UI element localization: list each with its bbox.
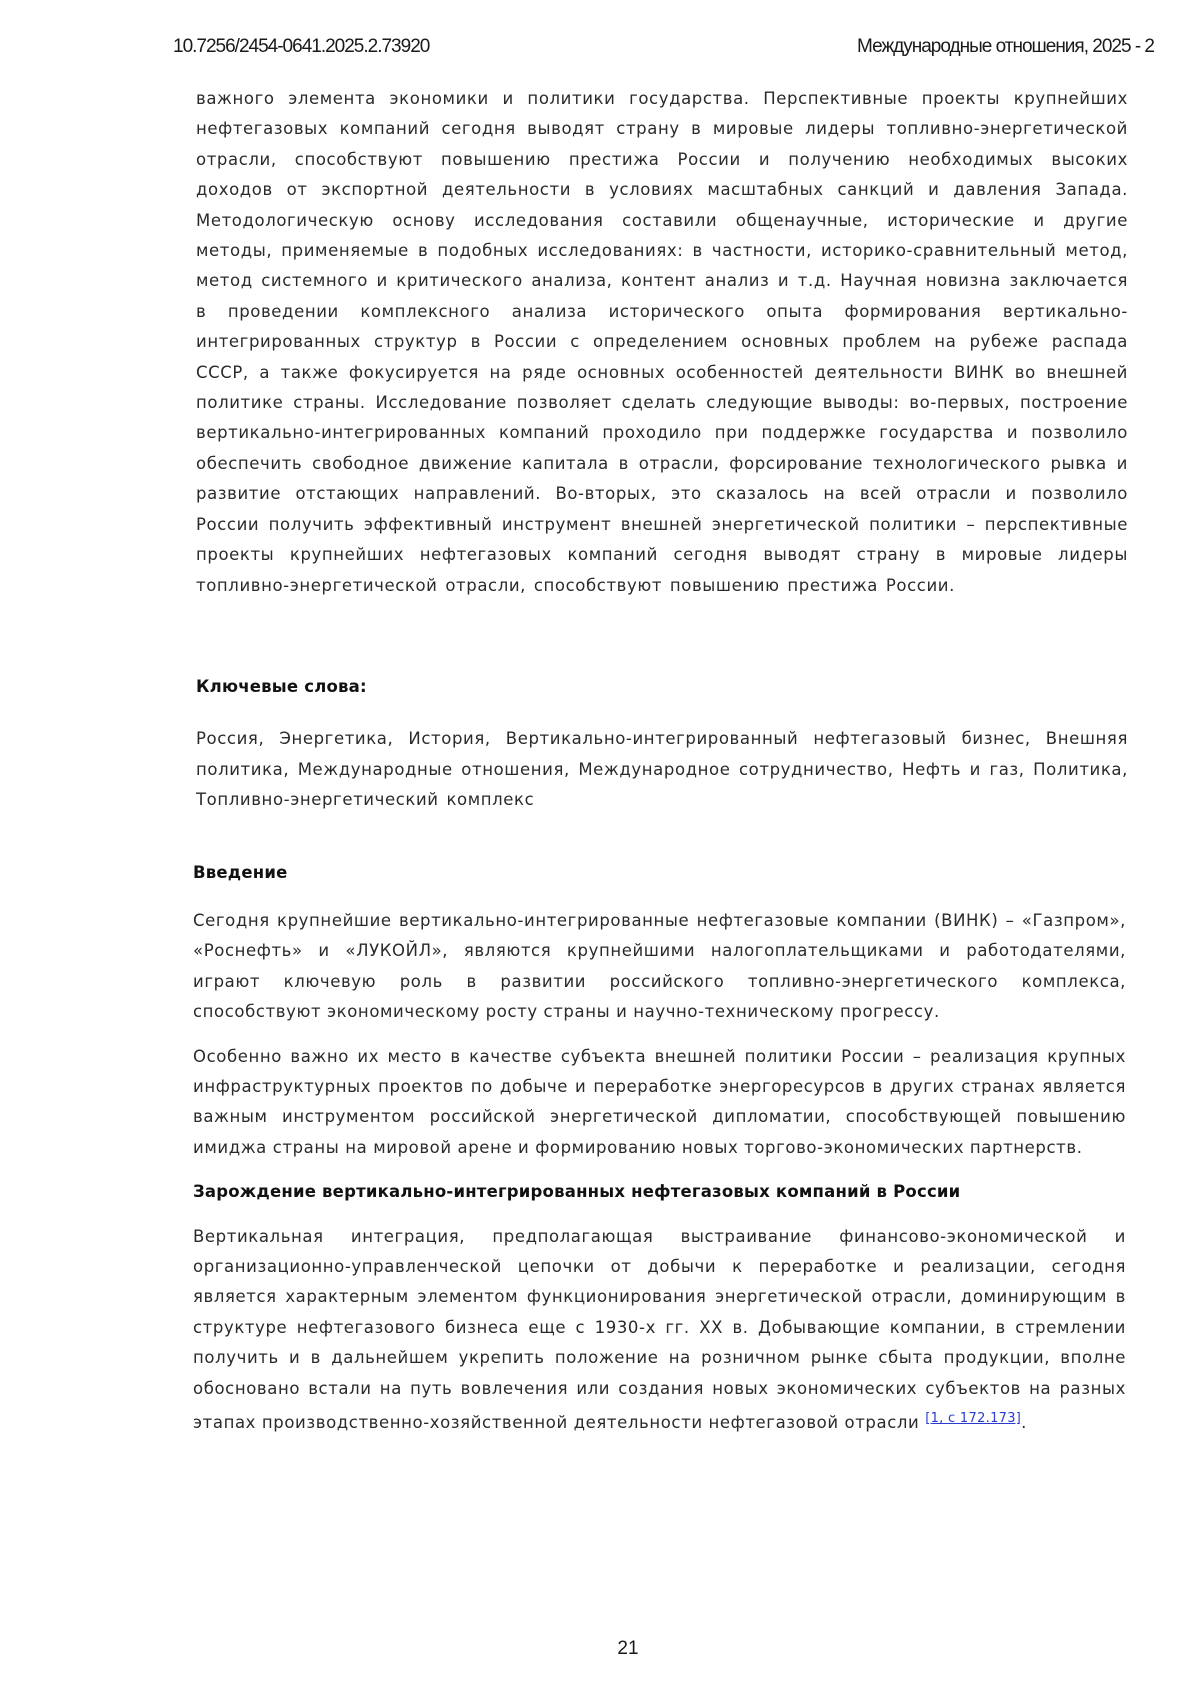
- page-number: 21: [0, 1638, 1200, 1660]
- paragraph-end-punctuation: .: [1021, 1413, 1027, 1432]
- introduction-heading: Введение: [193, 858, 1128, 888]
- section-paragraph: Вертикальная интеграция, предполагающая …: [193, 1222, 1126, 1439]
- section-paragraph-text: Вертикальная интеграция, предполагающая …: [193, 1227, 1126, 1432]
- section-heading: Зарождение вертикально-интегрированных н…: [193, 1177, 1126, 1207]
- page-content: важного элемента экономики и политики го…: [196, 84, 1128, 1438]
- journal-title: Международные отношения, 2025 - 2: [857, 36, 1154, 58]
- running-header: 10.7256/2454-0641.2025.2.73920 Междунаро…: [173, 36, 1154, 58]
- doi-label: 10.7256/2454-0641.2025.2.73920: [173, 36, 429, 58]
- keywords-list: Россия, Энергетика, История, Вертикально…: [196, 724, 1128, 815]
- keywords-heading: Ключевые слова:: [196, 672, 1128, 702]
- introduction-paragraph-2: Особенно важно их место в качестве субъе…: [193, 1042, 1126, 1164]
- abstract-continuation: важного элемента экономики и политики го…: [196, 84, 1128, 601]
- introduction-paragraph-1: Сегодня крупнейшие вертикально-интегриро…: [193, 906, 1126, 1028]
- citation-link[interactable]: [1, с 172.173]: [925, 1411, 1021, 1426]
